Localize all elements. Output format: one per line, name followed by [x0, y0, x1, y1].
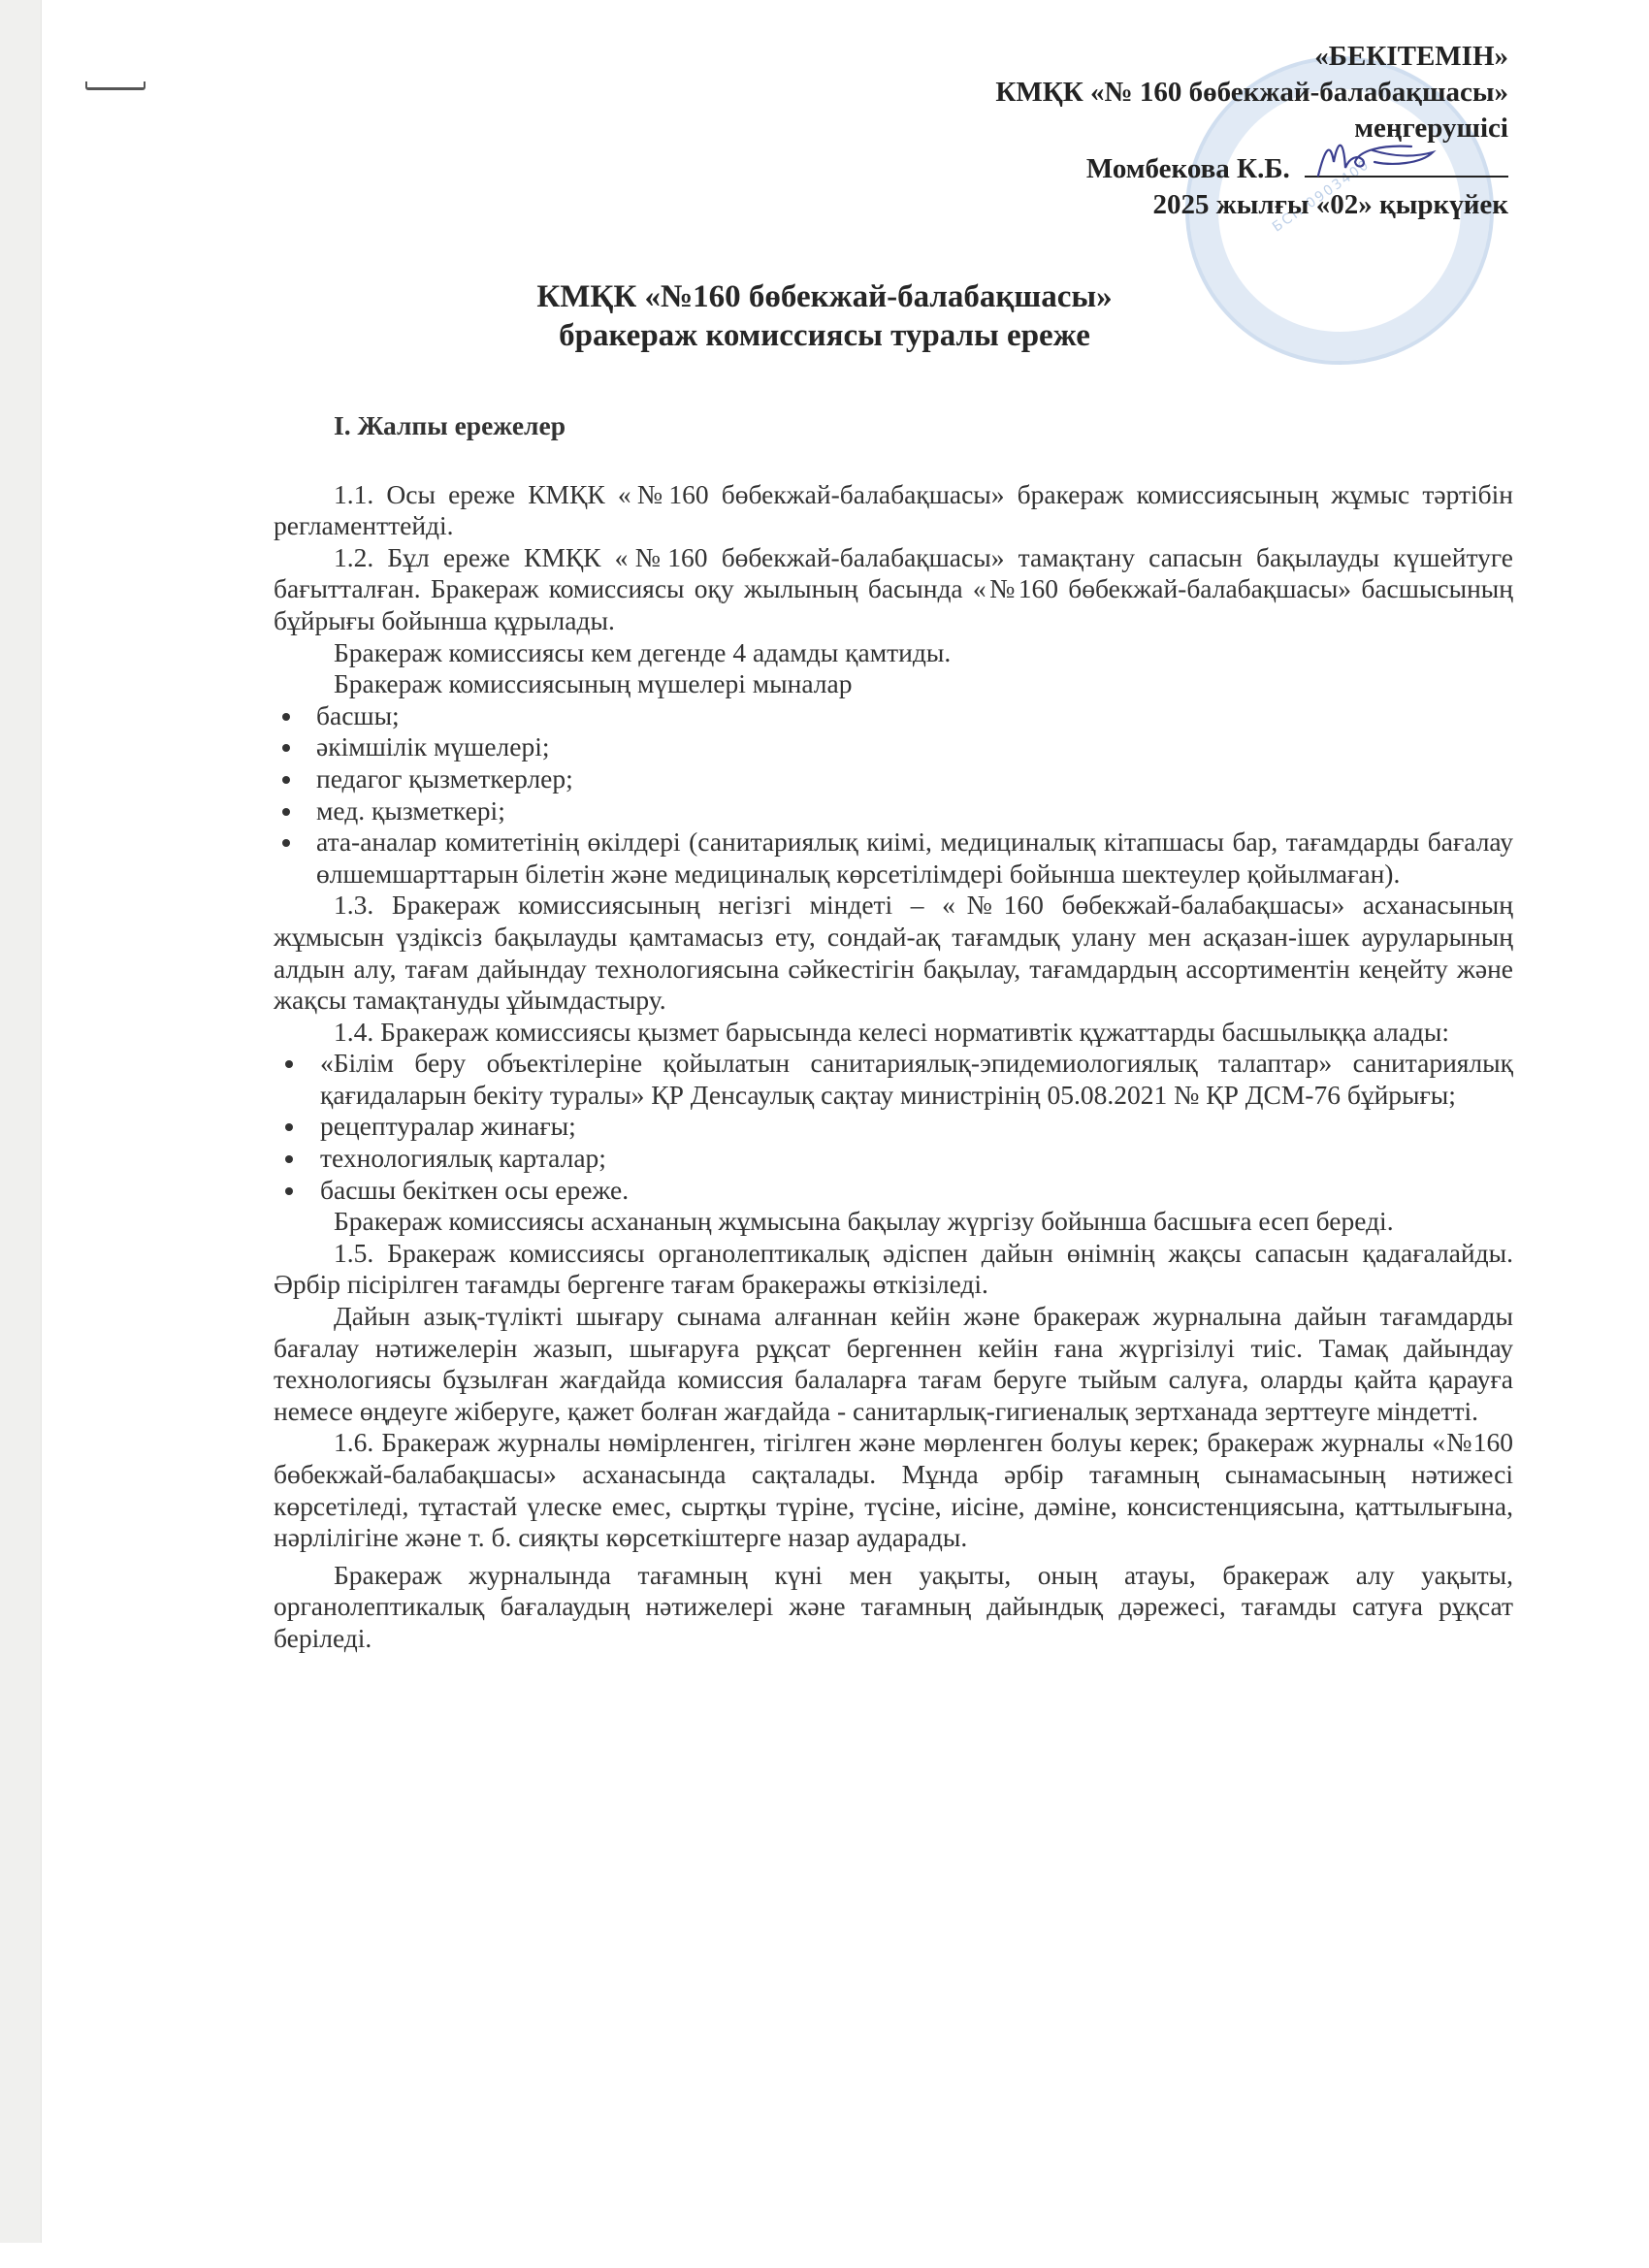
paragraph-members-intro: Бракераж комиссиясының мүшелері мыналар: [274, 668, 1513, 700]
approve-label: «БЕКІТЕМІН»: [995, 39, 1508, 75]
approval-block: «БЕКІТЕМІН» КМҚК «№ 160 бөбекжай-балабақ…: [995, 39, 1508, 223]
paragraph-release: Дайын азық-түлікті шығару сынама алғанна…: [274, 1301, 1513, 1427]
paragraph-1-5: 1.5. Бракераж комиссиясы органолептикалы…: [274, 1238, 1513, 1301]
document-body: I. Жалпы ережелер 1.1. Осы ереже КМҚК «№…: [274, 410, 1513, 1655]
members-list: басшы; әкімшілік мүшелері; педагог қызме…: [274, 700, 1513, 891]
list-item: рецептуралар жинағы;: [274, 1111, 1513, 1143]
list-item: технологиялық карталар;: [274, 1143, 1513, 1175]
list-item: «Білім беру объектілеріне қойылатын сани…: [274, 1048, 1513, 1111]
paragraph-1-4: 1.4. Бракераж комиссиясы қызмет барысынд…: [274, 1017, 1513, 1049]
list-item: мед. қызметкері;: [274, 795, 1513, 827]
paragraph-1-2: 1.2. Бұл ереже КМҚК «№160 бөбекжай-балаб…: [274, 542, 1513, 637]
list-item: педагог қызметкерлер;: [274, 763, 1513, 795]
list-item: басшы бекіткен осы ереже.: [274, 1175, 1513, 1207]
approval-date: 2025 жылғы «02» қыркүйек: [995, 187, 1508, 223]
title-line-1: КМҚК «№160 бөбекжай-балабақшасы»: [0, 277, 1649, 316]
paragraph-1-3: 1.3. Бракераж комиссиясының негізгі мінд…: [274, 890, 1513, 1016]
section-heading: I. Жалпы ережелер: [334, 410, 1513, 442]
paragraph-1-6: 1.6. Бракераж журналы нөмірленген, тігіл…: [274, 1427, 1513, 1553]
list-item: басшы;: [274, 700, 1513, 732]
signature-row: Момбекова К.Б.: [995, 146, 1508, 187]
documents-list: «Білім беру объектілеріне қойылатын сани…: [274, 1048, 1513, 1206]
approval-organization: КМҚК «№ 160 бөбекжай-балабақшасы»: [995, 75, 1508, 111]
signature-icon: [1314, 133, 1440, 179]
title-line-2: бракераж комиссиясы туралы ереже: [0, 316, 1649, 355]
staple-mark: [85, 81, 145, 90]
signer-name: Момбекова К.Б.: [1086, 153, 1290, 184]
paragraph-min-members: Бракераж комиссиясы кем дегенде 4 адамды…: [274, 637, 1513, 669]
document-title: КМҚК «№160 бөбекжай-балабақшасы» бракера…: [0, 277, 1649, 355]
list-item: ата-аналар комитетінің өкілдері (санитар…: [274, 826, 1513, 890]
signature-line: [1305, 146, 1508, 178]
paragraph-report: Бракераж комиссиясы асхананың жұмысына б…: [274, 1206, 1513, 1238]
list-item: әкімшілік мүшелері;: [274, 731, 1513, 763]
paragraph-1-1: 1.1. Осы ереже КМҚК «№160 бөбекжай-балаб…: [274, 479, 1513, 542]
paragraph-journal: Бракераж журналында тағамның күні мен уа…: [274, 1560, 1513, 1655]
